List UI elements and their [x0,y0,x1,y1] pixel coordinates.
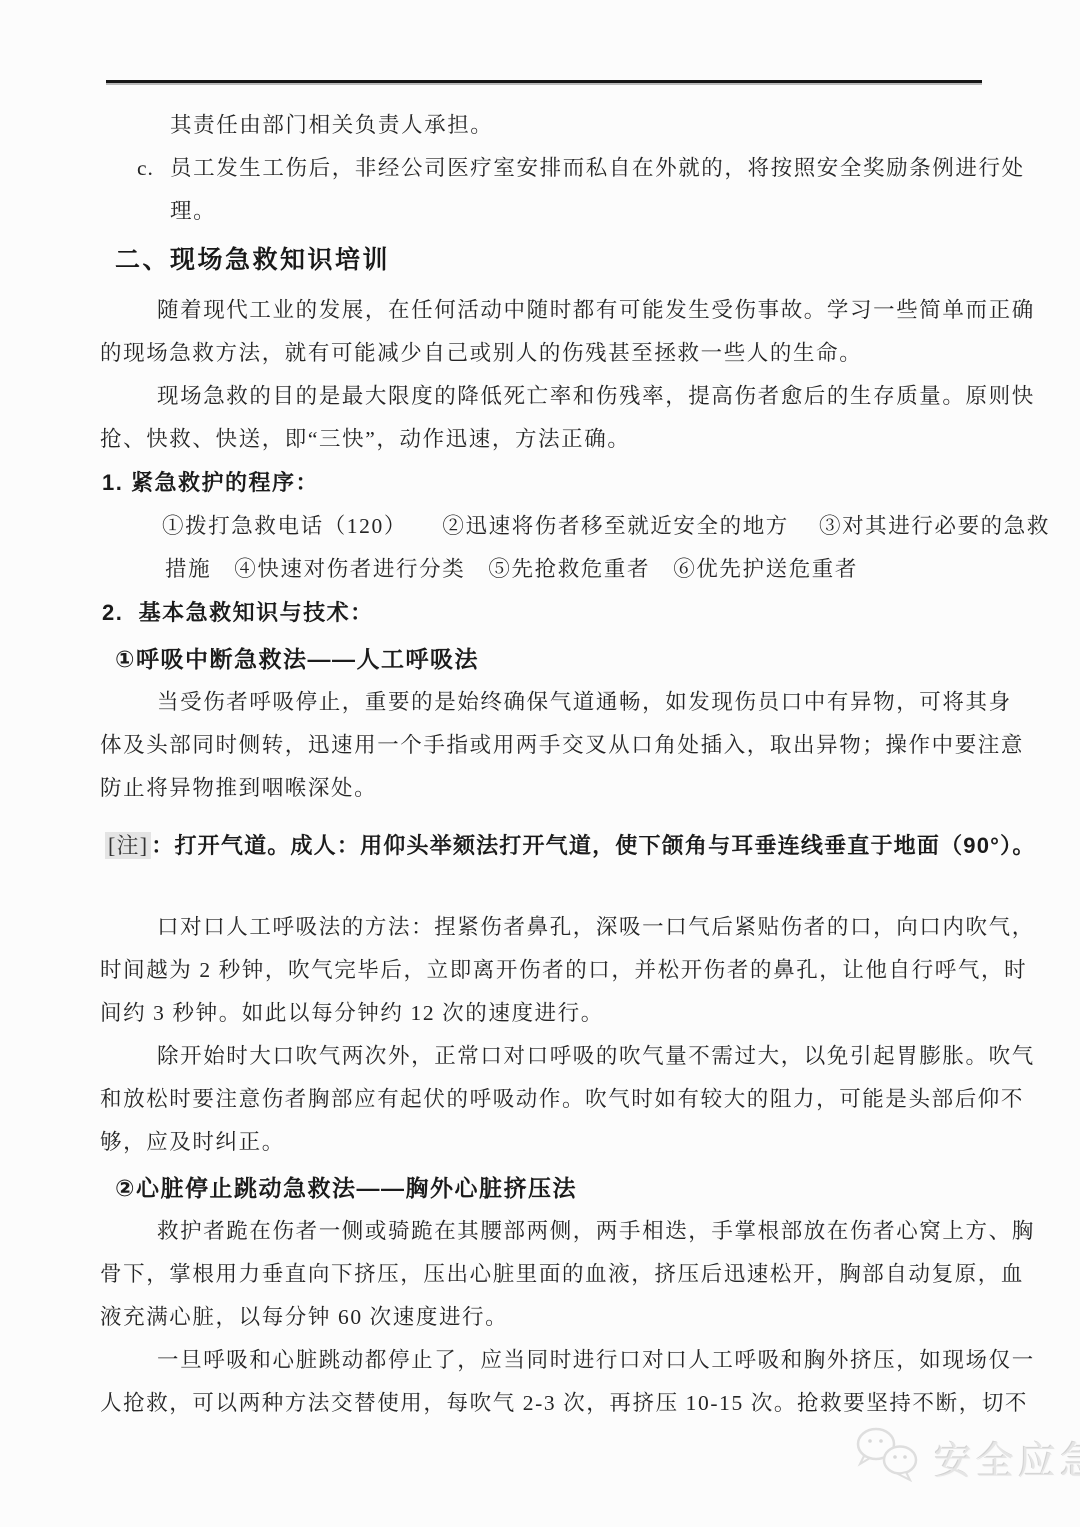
note-text: ：打开气道。成人：用仰头举颏法打开气道，使下颌角与耳垂连线垂直于地面（90°）。 [151,833,1035,858]
paragraph: 当受伤者呼吸停止，重要的是始终确保气道通畅，如发现伤员口中有异物，可将其身体及头… [100,681,1000,810]
text-line: 抢、快救、快送，即“三快”，动作迅速，方法正确。 [100,418,1000,461]
text-line: ①拨打急救电话（120） ②迅速将伤者移至就近安全的地方 ③对其进行必要的急救 [100,505,1000,548]
text-line: c.员工发生工伤后，非经公司医疗室安排而私自在外就的，将按照安全奖励条例进行处 [100,147,1000,190]
continuation: 其责任由部门相关负责人承担。 [100,104,1000,147]
text-line: 骨下，掌根用力垂直向下挤压，压出心脏里面的血液，挤压后迅速松开，胸部自动复原，血 [100,1253,1000,1296]
text-line: 当受伤者呼吸停止，重要的是始终确保气道通畅，如发现伤员口中有异物，可将其身 [100,681,1000,724]
watermark: 安全应急 [852,1424,1080,1491]
text-line: 体及头部同时侧转，迅速用一个手指或用两手交叉从口角处插入，取出异物；操作中要注意 [100,724,1000,767]
text-line: 时间越为 2 秒钟，吹气完毕后，立即离开伤者的口，并松开伤者的鼻孔，让他自行呼气… [100,949,1000,992]
heading-sub: ②心脏停止跳动急救法——胸外心脏挤压法 [100,1166,1000,1210]
heading-num: 1. 紧急救护的程序： [100,461,1000,505]
header-rule [106,80,982,83]
text-line: 2. 基本急救知识与技术： [100,591,1000,635]
text-line: 一旦呼吸和心脏跳动都停止了，应当同时进行口对口人工呼吸和胸外挤压，如现场仅一 [100,1339,1000,1382]
text-line: 除开始时大口吹气两次外，正常口对口呼吸的吹气量不需过大，以免引起胃膨胀。吹气 [100,1035,1000,1078]
text-line: 措施 ④快速对伤者进行分类 ⑤先抢救危重者 ⑥优先护送危重者 [100,548,1000,591]
note-line: [注]：打开气道。成人：用仰头举颏法打开气道，使下颌角与耳垂连线垂直于地面（90… [100,824,1000,868]
paragraph: 一旦呼吸和心脏跳动都停止了，应当同时进行口对口人工呼吸和胸外挤压，如现场仅一人抢… [100,1339,1000,1425]
note: [注]：打开气道。成人：用仰头举颏法打开气道，使下颌角与耳垂连线垂直于地面（90… [100,824,1000,868]
text-line: 人抢救，可以两种方法交替使用，每吹气 2-3 次，再挤压 10-15 次。抢救要… [100,1382,1000,1425]
list-marker: c. [137,147,154,190]
paragraph: 救护者跪在伤者一侧或骑跪在其腰部两侧，两手相迭，手掌根部放在伤者心窝上方、胸骨下… [100,1210,1000,1339]
paragraph: 除开始时大口吹气两次外，正常口对口呼吸的吹气量不需过大，以免引起胃膨胀。吹气和放… [100,1035,1000,1164]
circled-list: ①拨打急救电话（120） ②迅速将伤者移至就近安全的地方 ③对其进行必要的急救措… [100,505,1000,591]
text-line: 和放松时要注意伤者胸部应有起伏的呼吸动作。吹气时如有较大的阻力，可能是头部后仰不 [100,1078,1000,1121]
text-line: 1. 紧急救护的程序： [100,461,1000,505]
text-line: 防止将异物推到咽喉深处。 [100,767,1000,810]
text-line: 口对口人工呼吸法的方法：捏紧伤者鼻孔，深吸一口气后紧贴伤者的口，向口内吹气， [100,906,1000,949]
heading-major: 二、现场急救知识培训 [100,235,1000,285]
document-body: 其责任由部门相关负责人承担。c.员工发生工伤后，非经公司医疗室安排而私自在外就的… [100,84,1000,1425]
list-item: c.员工发生工伤后，非经公司医疗室安排而私自在外就的，将按照安全奖励条例进行处理… [100,147,1000,233]
text-line: 随着现代工业的发展，在任何活动中随时都有可能发生受伤事故。学习一些简单而正确 [100,289,1000,332]
paragraph: 随着现代工业的发展，在任何活动中随时都有可能发生受伤事故。学习一些简单而正确的现… [100,289,1000,375]
text-line: 现场急救的目的是最大限度的降低死亡率和伤残率，提高伤者愈后的生存质量。原则快 [100,375,1000,418]
text-line: 救护者跪在伤者一侧或骑跪在其腰部两侧，两手相迭，手掌根部放在伤者心窝上方、胸 [100,1210,1000,1253]
watermark-label: 安全应急 [934,1430,1080,1485]
paragraph: 口对口人工呼吸法的方法：捏紧伤者鼻孔，深吸一口气后紧贴伤者的口，向口内吹气，时间… [100,906,1000,1035]
text-line: 二、现场急救知识培训 [100,235,1000,285]
text-line: 其责任由部门相关负责人承担。 [100,104,1000,147]
paragraph: 现场急救的目的是最大限度的降低死亡率和伤残率，提高伤者愈后的生存质量。原则快抢、… [100,375,1000,461]
heading-num: 2. 基本急救知识与技术： [100,591,1000,635]
document-page: 其责任由部门相关负责人承担。c.员工发生工伤后，非经公司医疗室安排而私自在外就的… [0,0,1080,1527]
text-line: ②心脏停止跳动急救法——胸外心脏挤压法 [100,1166,1000,1210]
text-line: ①呼吸中断急救法——人工呼吸法 [100,637,1000,681]
text-line: 的现场急救方法，就有可能减少自己或别人的伤残甚至拯救一些人的生命。 [100,332,1000,375]
note-tag: [注] [105,832,151,859]
text-line: 间约 3 秒钟。如此以每分钟约 12 次的速度进行。 [100,992,1000,1035]
text-line: 液充满心脏，以每分钟 60 次速度进行。 [100,1296,1000,1339]
text-line: 够，应及时纠正。 [100,1121,1000,1164]
text-line: 理。 [100,190,1000,233]
heading-sub: ①呼吸中断急救法——人工呼吸法 [100,637,1000,681]
wechat-icon [852,1424,926,1491]
